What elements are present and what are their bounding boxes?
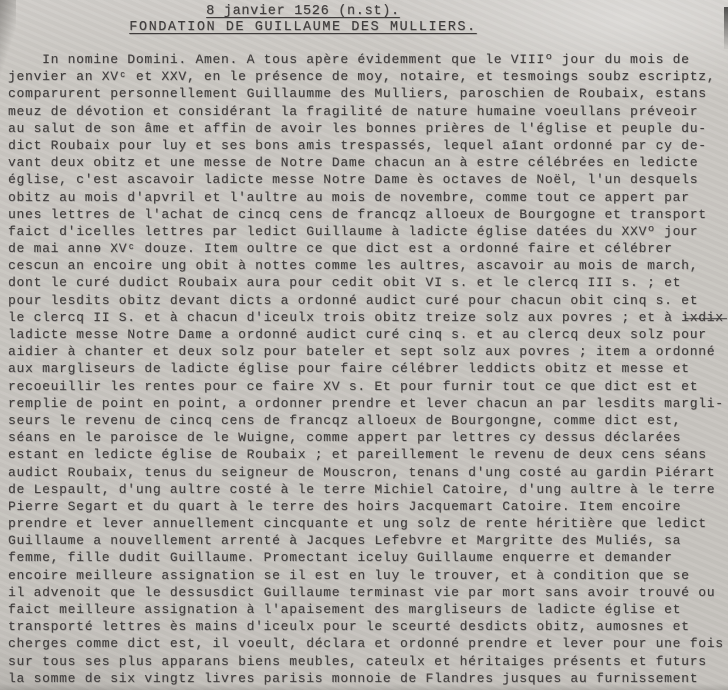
text-line: cherges comme dict est, il voeult, décla…: [8, 635, 728, 652]
text-line: la somme de six vingtz livres parisis mo…: [8, 670, 728, 687]
text-line: vant deux obitz et une messe de Notre Da…: [8, 154, 728, 171]
document-date: 8 janvier 1526 (n.st).: [0, 4, 606, 19]
text-line: Pierre Segart et du quart à le terre des…: [8, 498, 728, 515]
scan-edge-shadow-top-right: [724, 7, 728, 49]
text-line: obitz au mois d'apvril et l'aultre au mo…: [8, 189, 728, 206]
text-line: jenvier an XVᶜ et XXV, en le présence de…: [8, 68, 728, 85]
text-line: transporté lettres ès mains d'iceulx pou…: [8, 618, 728, 635]
text-line: cescun an encoire ung obit à nottes comm…: [8, 257, 728, 274]
text-line: Guillaume a nouvellement arrenté à Jacqu…: [8, 532, 728, 549]
text-line: église, c'est ascavoir ladicte messe Not…: [8, 171, 728, 188]
text-line: il advenoit que le dessusdict Guillaume …: [8, 584, 728, 601]
text-line: dict Roubaix pour luy et ses bons amis t…: [8, 137, 728, 154]
document-body: In nomine Domini. Amen. A tous apère évi…: [8, 51, 728, 687]
document-title: FONDATION DE GUILLAUME DES MULLIERS.: [0, 20, 606, 35]
text-line: de mai annɵ XVᶜ douze. Item oultre ce qu…: [8, 240, 728, 257]
document-header: 8 janvier 1526 (n.st). FONDATION DE GUIL…: [0, 4, 606, 35]
text-line: ladicte messe Notre Dame a ordonné audic…: [8, 326, 728, 343]
text-line: encoire meilleure assignation se il est …: [8, 567, 728, 584]
text-line: unes lettres de l'achat de cincq cens de…: [8, 206, 728, 223]
text-line: de Lespault, d'ung aultre costé à le ter…: [8, 481, 728, 498]
text-line: recoeuillir les rentes pour ce faire XV …: [8, 378, 728, 395]
text-line: le clercq II S. et à chacun d'iceulx tro…: [8, 309, 728, 326]
text-line: au salut de son âme et affin de avoir le…: [8, 120, 728, 137]
text-line: prendre et lever annuellement cincquante…: [8, 515, 728, 532]
text-line: faict meilleure assignation à l'apaiseme…: [8, 601, 728, 618]
text-line: remplie de point en point, a ordonner pr…: [8, 395, 728, 412]
scanned-page: 8 janvier 1526 (n.st). FONDATION DE GUIL…: [0, 0, 728, 690]
text-line: dont le curé dudict Roubaix aura pour ce…: [8, 274, 728, 291]
text-line: audict Roubaix, tenus du seigneur de Mou…: [8, 464, 728, 481]
text-line: sur tous ses plus apparans biens meubles…: [8, 653, 728, 670]
text-line: meuz de dévotion et considérant la fragi…: [8, 103, 728, 120]
text-line: aux margliseurs de ladicte église pour f…: [8, 360, 728, 377]
text-line: estant en ledicte église de Roubaix ; et…: [8, 446, 728, 463]
text-line: séans en le paroisce de le Wuigne, comme…: [8, 429, 728, 446]
text-line: pour lesdits obitz devant dicts a ordonn…: [8, 292, 728, 309]
text-line: comparurent personnellement Guillaumme d…: [8, 85, 728, 102]
text-line: faict d'icelles lettres par ledict Guill…: [8, 223, 728, 240]
text-line: In nomine Domini. Amen. A tous apère évi…: [8, 51, 728, 68]
text-line: aidier à chanter et deux solz pour batel…: [8, 343, 728, 360]
text-line: femme, fille dudit Guillaume. Promectant…: [8, 549, 728, 566]
text-line: seurs le revenu de cincq cens de francqz…: [8, 412, 728, 429]
